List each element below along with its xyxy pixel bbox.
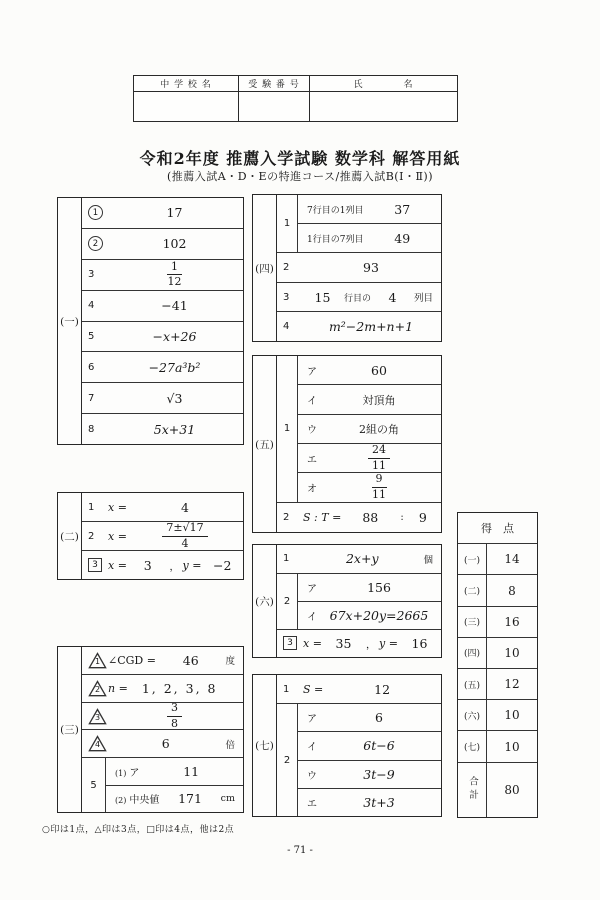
subitem-text: 7行目の1列目 [298,203,363,216]
answer-subrow: エ 2411 [298,444,441,473]
answer-value: 対頂角 [317,392,441,408]
answer-row: 3 112 [82,260,243,291]
school-name-column: 中 学 校 名 [134,76,239,121]
fraction-denominator: 11 [368,459,390,473]
answer-subrow: イ 対頂角 [298,385,441,414]
unit-label: 倍 [225,737,243,751]
answer-value: 7±√174 [127,522,243,550]
row-number: 5 [82,331,106,342]
fraction-denominator: 4 [162,537,207,551]
answer-value: 3t−9 [317,767,441,782]
row-number: 2 [82,680,106,697]
subitem-label: エ [298,451,317,466]
answer-subrow: ア 156 [298,574,441,602]
fraction: 112 [167,261,182,289]
total-label-text: 合計 [465,776,479,803]
subitem-label: イ [298,738,317,753]
score-row: (一) 14 [458,544,537,575]
answer-value: 2組の角 [317,421,441,437]
row-number: 1 [82,205,106,220]
row-number: 3 [82,269,106,280]
separator: ， [169,558,181,573]
subitem-name: ア [129,768,139,779]
answer-row: 1 17 [82,198,243,229]
answer-value: 112 [106,261,243,289]
answer-value: 4 [127,500,243,515]
score-row: (三) 16 [458,607,537,638]
answer-value: 38 [106,702,243,730]
group-number: 2 [277,574,298,629]
fraction-numerator: 9 [372,473,387,488]
circle-mark: 1 [88,205,103,220]
score-value: 8 [487,575,537,605]
section-six: (六) 1 2x+y 個 2 ア 156 イ 67x+20y=2665 [252,544,442,658]
row-number: 1 [277,684,301,695]
subitem-label: イ [298,608,317,623]
row-number: 1 [82,502,106,513]
answer-subrow: オ 911 [298,473,441,501]
score-row: (六) 10 [458,700,537,731]
answer-subrow: ア 60 [298,356,441,385]
score-table-title: 得 点 [458,513,537,544]
group-rows: 7行目の1列目 37 1行目の7列目 49 [298,195,441,252]
page-number: - 71 - [0,845,600,856]
score-value: 10 [487,731,537,761]
group-number: 1 [277,195,298,252]
row-number: 8 [82,424,106,435]
answer-value: 93 [301,260,441,275]
section-one-label: (一) [58,198,82,444]
answer-row: 2 S : T = 88 : 9 [277,503,441,532]
angle-label: ∠CGD = [108,654,156,667]
group-rows: ア 156 イ 67x+20y=2665 [298,574,441,629]
answer-row: 1 2x+y 個 [277,545,441,574]
answer-subrow: ア 6 [298,704,441,732]
answer-row: 7 √3 [82,383,243,414]
row-number: 4 [82,735,106,752]
answer-row: 2 n = 1, 2, 3, 8 [82,675,243,703]
variable-label: n = [108,682,128,695]
answer-group: 1 7行目の1列目 37 1行目の7列目 49 [277,195,441,253]
subitem-label: ウ [298,421,317,436]
circle-mark: 2 [88,236,103,251]
score-total-value: 80 [487,763,537,817]
answer-value: √3 [106,391,243,406]
score-row: (二) 8 [458,575,537,606]
answer-row: 3 x = 3 ， y = −2 [82,551,243,579]
answer-row: 5 −x+26 [82,322,243,353]
score-total-label: 合計 [458,763,487,817]
score-row: (五) 12 [458,669,537,700]
row-number: 3 [277,636,301,650]
answer-value-s: 88 [341,510,399,525]
row-text: 行目の [344,291,371,304]
section-five-body: 1 ア 60 イ 対頂角 ウ 2組の角 エ [277,356,441,532]
answer-value: 6 [317,710,441,725]
page-subtitle: (推薦入試A・D・Eの特進コース/推薦入試B(Ⅰ・Ⅱ)) [0,168,600,184]
triangle-mark: 1 [88,652,107,669]
name-column: 氏 名 [310,76,457,121]
answer-subrow: (1)ア 11 [106,758,243,785]
subitem-prefix: (2) [115,796,126,805]
answer-value-row: 15 [301,290,344,305]
section-seven: (七) 1 S = 12 2 ア 6 イ 6t−6 [252,674,442,817]
row-number: 2 [82,236,106,251]
unit-label: 度 [225,653,243,667]
section-four-body: 1 7行目の1列目 37 1行目の7列目 49 2 93 3 [277,195,441,341]
section-two-body: 1 x = 4 2 x = 7±√174 3 x = 3 ， y = −2 [82,493,243,579]
answer-value-y: 16 [398,636,441,651]
fraction-numerator: 7±√17 [162,522,207,537]
row-number: 3 [82,708,106,725]
answer-value: 11 [139,764,243,779]
answer-row: 2 x = 7±√174 [82,522,243,551]
answer-value: 12 [323,682,441,697]
answer-value: 37 [363,202,441,217]
triangle-mark: 3 [88,708,107,725]
section-three-body: 1 ∠CGD = 46 度 2 n = 1, 2, 3, 8 3 38 4 6 … [82,647,243,812]
answer-row: 3 38 [82,703,243,731]
school-name-label: 中 学 校 名 [134,76,238,92]
section-seven-label: (七) [253,675,277,816]
fraction-numerator: 3 [167,702,182,717]
answer-value: 102 [106,236,243,251]
score-value: 16 [487,607,537,637]
answer-value: 67x+20y=2665 [317,608,441,623]
score-section-label: (一) [458,544,487,574]
row-number: 2 [277,262,301,273]
section-four: (四) 1 7行目の1列目 37 1行目の7列目 49 2 93 [252,194,442,342]
subitem-label: エ [298,795,317,810]
score-total-row: 合計 80 [458,763,537,817]
row-number: 4 [277,321,301,332]
answer-subrow: ウ 3t−9 [298,761,441,789]
section-seven-body: 1 S = 12 2 ア 6 イ 6t−6 ウ 3t [277,675,441,816]
row-number: 1 [277,553,301,564]
subitem-label: ア [298,580,317,595]
subitem-text: 1行目の7列目 [298,232,363,245]
section-two-label: (二) [58,493,82,579]
answer-value: 60 [317,363,441,378]
page-title: 令和2年度 推薦入学試験 数学科 解答用紙 [0,146,600,169]
section-one-body: 1 17 2 102 3 112 4 −41 5 −x+26 6 −27a³b² [82,198,243,444]
answer-row: 4 m²−2m+n+1 [277,312,441,341]
score-section-label: (三) [458,607,487,637]
name-field[interactable] [310,92,457,121]
score-value: 10 [487,638,537,668]
answer-value: 17 [106,205,243,220]
answer-row: 4 −41 [82,291,243,322]
row-number: 3 [277,292,301,303]
group-rows: (1)ア 11 (2)中央値 171 cm [106,758,243,812]
answer-subrow: イ 6t−6 [298,732,441,760]
fraction-numerator: 1 [167,261,182,276]
answer-row: 1 ∠CGD = 46 度 [82,647,243,675]
fraction: 38 [167,702,182,730]
score-row: (四) 10 [458,638,537,669]
group-number: 2 [277,704,298,816]
variable-label: x = [303,637,322,650]
separator: ， [365,636,377,651]
section-five-label: (五) [253,356,277,532]
score-value: 12 [487,669,537,699]
answer-value: 2411 [317,444,441,472]
answer-value: 1, 2, 3, 8 [128,681,243,696]
answer-group: 5 (1)ア 11 (2)中央値 171 cm [82,758,243,812]
answer-value: 3t+3 [317,795,441,810]
unit-label: cm [221,793,243,804]
answer-value-y: −2 [201,558,243,573]
answer-value: 46 [156,653,226,668]
answer-row: 3 15 行目の 4 列目 [277,283,441,313]
subitem-label: イ [298,392,317,407]
score-section-label: (二) [458,575,487,605]
variable-label: y = [379,637,398,650]
row-number: 7 [82,393,106,404]
answer-value: 2x+y [301,551,423,566]
fraction-numerator: 24 [368,444,390,459]
score-value: 10 [487,700,537,730]
answer-sheet-page: 中 学 校 名 受 験 番 号 氏 名 令和2年度 推薦入学試験 数学科 解答用… [0,0,600,900]
section-six-body: 1 2x+y 個 2 ア 156 イ 67x+20y=2665 [277,545,441,657]
variable-label: S = [303,683,323,696]
fraction-denominator: 11 [372,488,387,502]
subitem-label: ウ [298,767,317,782]
answer-value: 6t−6 [317,738,441,753]
box-mark: 3 [283,636,297,650]
examinee-info-table: 中 学 校 名 受 験 番 号 氏 名 [133,75,458,122]
answer-value-x: 3 [127,558,169,573]
subitem-label: ア [298,710,317,725]
subitem-name: 中央値 [129,795,159,806]
answer-row: 6 −27a³b² [82,352,243,383]
answer-subrow: イ 67x+20y=2665 [298,602,441,629]
score-value: 14 [487,544,537,574]
answer-row: 8 5x+31 [82,414,243,444]
group-number: 5 [82,758,106,812]
answer-row: 2 102 [82,229,243,260]
answer-row: 1 S = 12 [277,675,441,704]
subitem-label: (2)中央値 [106,791,159,806]
name-label: 氏 名 [310,76,457,92]
subitem-label: ア [298,363,317,378]
fraction: 2411 [368,444,390,472]
row-number: 1 [82,652,106,669]
score-section-label: (六) [458,700,487,730]
exam-number-column: 受 験 番 号 [239,76,310,121]
answer-value: −27a³b² [106,360,243,375]
answer-group: 2 ア 6 イ 6t−6 ウ 3t−9 エ [277,704,441,816]
section-three: (三) 1 ∠CGD = 46 度 2 n = 1, 2, 3, 8 3 38 … [57,646,244,813]
answer-value: m²−2m+n+1 [301,319,441,334]
row-number: 4 [82,300,106,311]
row-number: 2 [82,531,106,542]
subitem-prefix: (1) [115,769,126,778]
answer-row: 3 x = 35 ， y = 16 [277,630,441,658]
answer-value: 911 [317,473,441,501]
row-number: 3 [82,558,106,572]
answer-subrow: エ 3t+3 [298,789,441,816]
answer-value-column: 4 [371,290,414,305]
variable-label: x = [108,530,127,543]
variable-label: x = [108,501,127,514]
score-section-label: (四) [458,638,487,668]
answer-value-t: 9 [405,510,441,525]
fraction-denominator: 12 [167,275,182,289]
ratio-label: S : T = [303,511,341,524]
triangle-mark: 4 [88,735,107,752]
answer-value: 6 [106,736,225,751]
group-number: 1 [277,356,298,502]
section-three-label: (三) [58,647,82,812]
score-table: 得 点 (一) 14 (二) 8 (三) 16 (四) 10 (五) 12 (六… [457,512,538,818]
subitem-label: (1)ア [106,764,139,779]
answer-subrow: (2)中央値 171 cm [106,786,243,812]
unit-label: 個 [423,552,441,566]
column-text: 列目 [414,290,441,304]
answer-row: 4 6 倍 [82,730,243,758]
section-two: (二) 1 x = 4 2 x = 7±√174 3 x = 3 ， y = −… [57,492,244,580]
fraction-denominator: 8 [167,717,182,731]
section-six-label: (六) [253,545,277,657]
answer-value: −41 [106,298,243,313]
box-mark: 3 [88,558,102,572]
answer-subrow: ウ 2組の角 [298,415,441,444]
group-rows: ア 60 イ 対頂角 ウ 2組の角 エ 2411 [298,356,441,502]
section-four-label: (四) [253,195,277,341]
answer-value: 5x+31 [106,422,243,437]
subitem-label: オ [298,480,317,495]
scoring-note: ○印は1点，△印は3点，□印は4点，他は2点 [42,822,234,835]
answer-subrow: 7行目の1列目 37 [298,195,441,224]
answer-row: 2 93 [277,253,441,283]
score-section-label: (七) [458,731,487,761]
section-one: (一) 1 17 2 102 3 112 4 −41 5 −x+26 [57,197,244,445]
triangle-mark: 2 [88,680,107,697]
answer-group: 1 ア 60 イ 対頂角 ウ 2組の角 エ [277,356,441,503]
fraction: 7±√174 [162,522,207,550]
row-number: 6 [82,362,106,373]
score-section-label: (五) [458,669,487,699]
row-number: 2 [277,512,301,523]
answer-value: 49 [363,231,441,246]
answer-group: 2 ア 156 イ 67x+20y=2665 [277,574,441,630]
answer-row: 1 x = 4 [82,493,243,522]
exam-number-label: 受 験 番 号 [239,76,309,92]
score-row: (七) 10 [458,731,537,762]
answer-value: 156 [317,580,441,595]
answer-value: −x+26 [106,329,243,344]
variable-label: y = [183,559,202,572]
fraction: 911 [372,473,387,501]
group-rows: ア 6 イ 6t−6 ウ 3t−9 エ 3t+3 [298,704,441,816]
school-name-field[interactable] [134,92,238,121]
answer-subrow: 1行目の7列目 49 [298,224,441,252]
section-five: (五) 1 ア 60 イ 対頂角 ウ 2組の角 [252,355,442,533]
variable-label: x = [108,559,127,572]
exam-number-field[interactable] [239,92,309,121]
answer-value: 171 [159,791,220,806]
answer-value-x: 35 [322,636,365,651]
